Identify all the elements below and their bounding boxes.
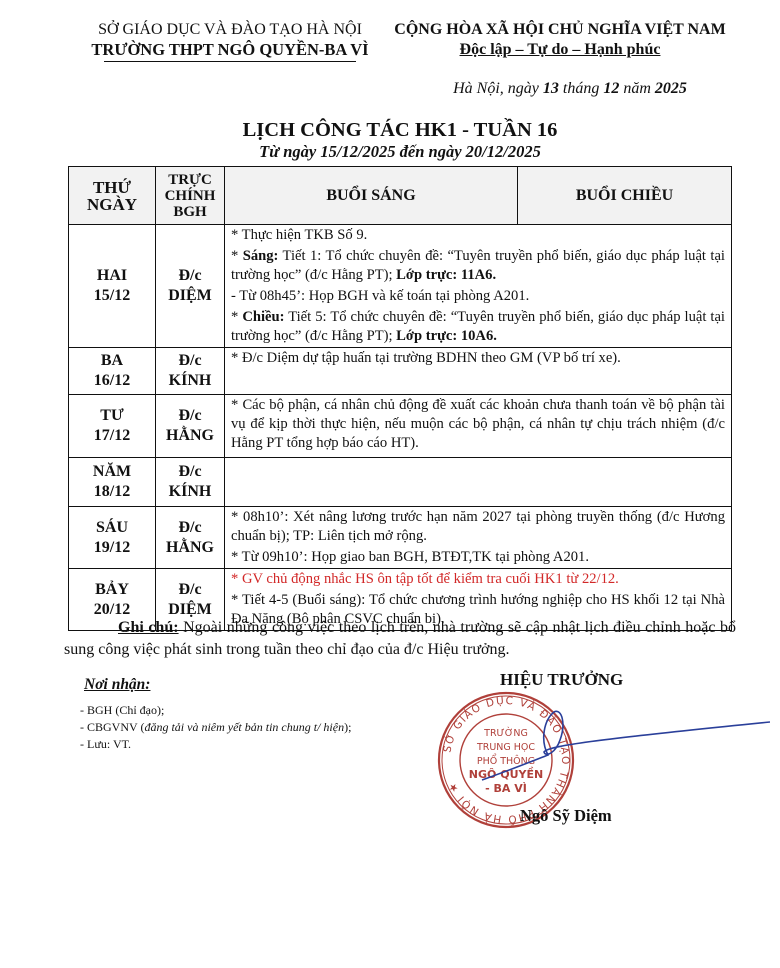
duty-name: DIỆM — [168, 601, 212, 618]
signature-icon — [470, 700, 770, 790]
activity-line: * Chiều: Tiết 5: Tổ chức chuyên đề: “Tuy… — [231, 308, 725, 346]
signer-title: HIỆU TRƯỞNG — [500, 670, 623, 690]
day-date: 20/12 — [94, 601, 130, 618]
table-row: HAI15/12Đ/cDIỆM* Thực hiện TKB Số 9.* Sá… — [69, 225, 732, 348]
date-day: 13 — [543, 80, 559, 97]
activity-cell: * Đ/c Diệm dự tập huấn tại trường BDHN t… — [225, 348, 732, 395]
activity-line: * GV chủ động nhắc HS ôn tập tốt để kiểm… — [231, 570, 725, 589]
day-cell: NĂM18/12 — [69, 458, 156, 507]
activity-line: * Các bộ phận, cá nhân chủ động đề xuất … — [231, 396, 725, 453]
issuer-block: SỞ GIÁO DỤC VÀ ĐÀO TẠO HÀ NỘI TRƯỜNG THP… — [60, 20, 400, 62]
activity-line: - Từ 08h45’: Họp BGH và kế toán tại phòn… — [231, 287, 725, 306]
activity-cell: * 08h10’: Xét nâng lương trước hạn năm 2… — [225, 507, 732, 569]
weekday: BẢY — [95, 581, 129, 598]
table-row: BA16/12Đ/cKÍNH* Đ/c Diệm dự tập huấn tại… — [69, 348, 732, 395]
note-label: Ghi chú: — [118, 619, 179, 636]
national-header: CỘNG HÒA XÃ HỘI CHỦ NGHĨA VIỆT NAM Độc l… — [380, 20, 740, 60]
day-date: 17/12 — [94, 427, 130, 444]
duty-cell: Đ/cDIỆM — [156, 225, 225, 348]
duty-cell: Đ/cHẰNG — [156, 507, 225, 569]
duty-cell: Đ/cKÍNH — [156, 458, 225, 507]
document-subtitle: Từ ngày 15/12/2025 đến ngày 20/12/2025 — [60, 142, 740, 162]
department-name: SỞ GIÁO DỤC VÀ ĐÀO TẠO HÀ NỘI — [60, 20, 400, 40]
recipient-item: - BGH (Chỉ đạo); — [80, 702, 351, 719]
weekday: TƯ — [100, 407, 123, 424]
school-name: TRƯỜNG THPT NGÔ QUYỀN-BA VÌ — [60, 40, 400, 60]
signer-name: Ngô Sỹ Diệm — [520, 806, 612, 826]
table-header-row: THỨ NGÀY TRỰC CHÍNH BGH BUỔI SÁNG BUỔI C… — [69, 167, 732, 225]
issue-date: Hà Nội, ngày 13 tháng 12 năm 2025 — [400, 80, 740, 98]
recipient-item: - Lưu: VT. — [80, 736, 351, 753]
date-year: 2025 — [655, 80, 687, 97]
duty-name: HẰNG — [166, 427, 214, 444]
recipient-item: - CBGVNV (đăng tải và niêm yết bản tin c… — [80, 719, 351, 736]
header-morning: BUỔI SÁNG — [225, 167, 518, 225]
day-date: 19/12 — [94, 539, 130, 556]
country-name: CỘNG HÒA XÃ HỘI CHỦ NGHĨA VIỆT NAM — [380, 20, 740, 40]
day-date: 15/12 — [94, 287, 130, 304]
activity-line: * Thực hiện TKB Số 9. — [231, 226, 725, 245]
date-month: 12 — [603, 80, 619, 97]
duty-name: KÍNH — [169, 483, 212, 500]
activity-cell: * Các bộ phận, cá nhân chủ động đề xuất … — [225, 395, 732, 458]
day-cell: SÁU19/12 — [69, 507, 156, 569]
weekday: NĂM — [93, 463, 131, 480]
duty-name: DIỆM — [168, 287, 212, 304]
weekday: BA — [101, 352, 123, 369]
activity-line: * Từ 09h10’: Họp giao ban BGH, BTĐT,TK t… — [231, 548, 725, 567]
day-cell: BA16/12 — [69, 348, 156, 395]
activity-line: * 08h10’: Xét nâng lương trước hạn năm 2… — [231, 508, 725, 546]
day-cell: TƯ17/12 — [69, 395, 156, 458]
activity-cell — [225, 458, 732, 507]
header-duty: TRỰC CHÍNH BGH — [156, 167, 225, 225]
note-paragraph: Ghi chú: Ngoài những công việc theo lịch… — [64, 617, 736, 661]
document-title: LỊCH CÔNG TÁC HK1 - TUẦN 16 — [60, 118, 740, 142]
recipients-list: - BGH (Chỉ đạo); - CBGVNV (đăng tải và n… — [80, 702, 351, 753]
activity-cell: * Thực hiện TKB Số 9.* Sáng: Tiết 1: Tổ … — [225, 225, 732, 348]
duty-name: HẰNG — [166, 539, 214, 556]
recipients-title: Nơi nhận: — [84, 676, 150, 694]
table-row: SÁU19/12Đ/cHẰNG* 08h10’: Xét nâng lương … — [69, 507, 732, 569]
school-underline — [104, 61, 356, 62]
day-cell: HAI15/12 — [69, 225, 156, 348]
duty-cell: Đ/cKÍNH — [156, 348, 225, 395]
activity-line: * Đ/c Diệm dự tập huấn tại trường BDHN t… — [231, 349, 725, 368]
table-row: NĂM18/12Đ/cKÍNH — [69, 458, 732, 507]
weekday: HAI — [97, 267, 127, 284]
schedule-table: THỨ NGÀY TRỰC CHÍNH BGH BUỔI SÁNG BUỔI C… — [68, 166, 732, 631]
day-date: 18/12 — [94, 483, 130, 500]
activity-line: * Sáng: Tiết 1: Tổ chức chuyên đề: “Tuyê… — [231, 247, 725, 285]
header-day: THỨ NGÀY — [69, 167, 156, 225]
weekday: SÁU — [96, 519, 128, 536]
duty-cell: Đ/cHẰNG — [156, 395, 225, 458]
header-afternoon: BUỔI CHIỀU — [518, 167, 732, 225]
day-date: 16/12 — [94, 372, 130, 389]
national-motto: Độc lập – Tự do – Hạnh phúc — [380, 40, 740, 60]
duty-name: KÍNH — [169, 372, 212, 389]
table-row: TƯ17/12Đ/cHẰNG* Các bộ phận, cá nhân chủ… — [69, 395, 732, 458]
